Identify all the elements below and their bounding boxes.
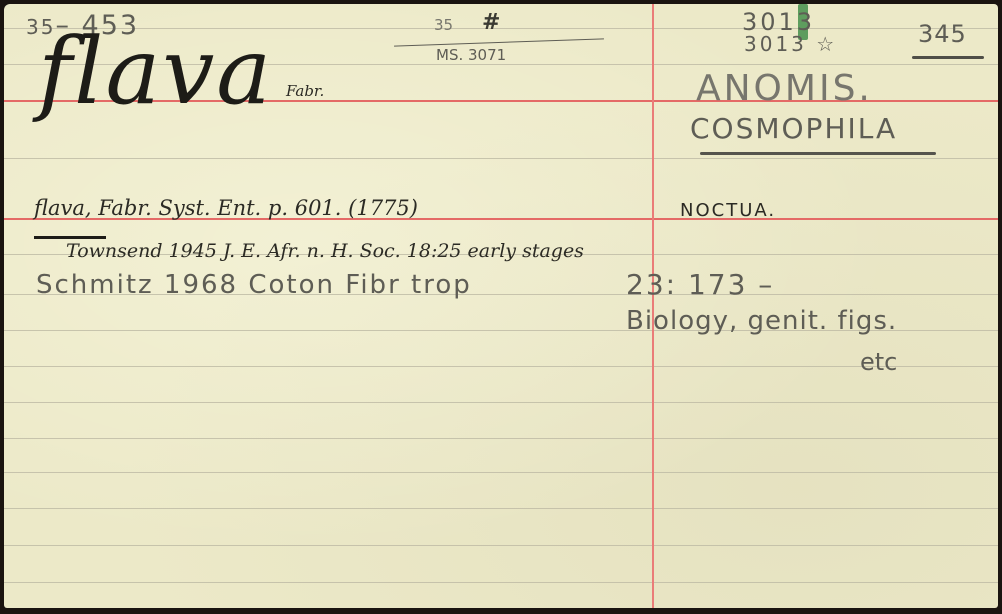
reference-schmitz-notes: Biology, genit. figs.	[626, 306, 897, 336]
fraction-strike-mark: #	[482, 10, 500, 35]
ruled-line	[4, 545, 998, 546]
ruled-line	[4, 438, 998, 439]
family-name: NOCTUA.	[680, 200, 776, 221]
ruled-line	[4, 158, 998, 159]
ruled-line	[4, 402, 998, 403]
ruled-line	[4, 582, 998, 583]
ruled-line	[4, 472, 998, 473]
species-name: flava	[38, 26, 273, 118]
card-number: 345	[918, 20, 967, 48]
species-author: Fabr.	[286, 82, 324, 100]
reference-number-2: 3013 ☆	[744, 32, 837, 56]
reference-townsend: Townsend 1945 J. E. Afr. n. H. Soc. 18:2…	[66, 240, 584, 262]
card-number-underline	[912, 56, 984, 59]
genus-new: COSMOPHILA	[690, 112, 897, 145]
fraction-top: 35	[434, 16, 453, 34]
reference-schmitz-etc: etc	[860, 348, 897, 376]
reference-schmitz-volume: 23: 173 –	[626, 268, 774, 301]
genus-underline	[700, 152, 936, 155]
reference-underline	[34, 236, 106, 239]
index-card: 35– 453 flava Fabr. 35 # MS. 3071 3013 3…	[4, 4, 998, 608]
ruled-line	[4, 508, 998, 509]
reference-original: flava, Fabr. Syst. Ent. p. 601. (1775)	[34, 196, 418, 220]
fraction-bottom: MS. 3071	[436, 46, 506, 64]
reference-schmitz: Schmitz 1968 Coton Fibr trop	[36, 270, 472, 300]
genus-old: ANOMIS.	[696, 68, 873, 109]
ruled-line	[4, 366, 998, 367]
